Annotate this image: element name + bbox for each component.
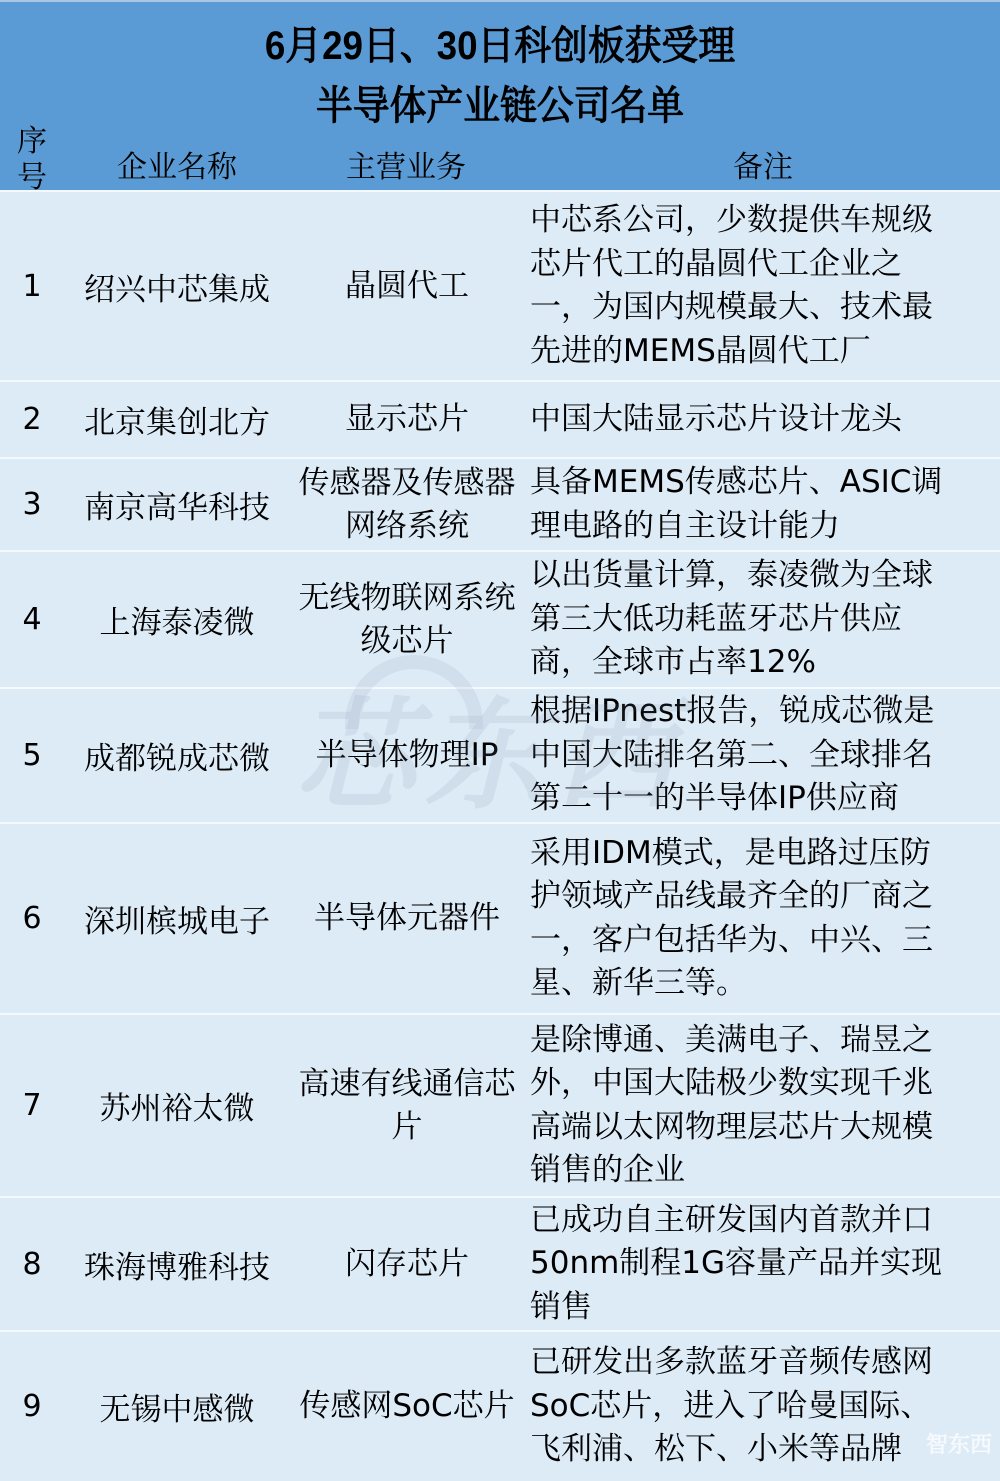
- row-index: 8: [14, 1198, 50, 1330]
- remark: 中国大陆显示芯片设计龙头: [530, 382, 990, 457]
- main-business: 半导体元器件: [298, 824, 516, 1013]
- company-name: 上海泰凌微: [62, 552, 292, 687]
- row-index: 3: [14, 459, 50, 550]
- company-name: 深圳槟城电子: [62, 824, 292, 1013]
- remark-line: 中国大陆排名第二、全球排名: [530, 734, 934, 778]
- main-business: 晶圆代工: [298, 192, 516, 380]
- page-title-line2: 半导体产业链公司名单: [40, 74, 960, 131]
- remark-line: 第三大低功耗蓝牙芯片供应: [530, 598, 933, 642]
- remark-line: 一，为国内规模最大、技术最: [530, 286, 933, 330]
- remark-line: 已研发出多款蓝牙音频传感网: [530, 1341, 933, 1385]
- remark-line: 中芯系公司，少数提供车规级: [530, 199, 933, 243]
- company-name: 苏州裕太微: [62, 1015, 292, 1196]
- company-name: 南京高华科技: [62, 459, 292, 550]
- remark: 具备MEMS传感芯片、ASIC调 理电路的自主设计能力: [530, 459, 990, 550]
- remark-line: 销售: [530, 1286, 942, 1330]
- remark: 采用IDM模式，是电路过压防 护领域产品线最齐全的厂商之 一，客户包括华为、中兴…: [530, 824, 990, 1013]
- company-name: 成都锐成芯微: [62, 689, 292, 822]
- remark-line: 高端以太网物理层芯片大规模: [530, 1106, 933, 1150]
- row-index: 5: [14, 689, 50, 822]
- remark-line: 外，中国大陆极少数实现千兆: [530, 1062, 933, 1106]
- table-row: 4 上海泰凌微 无线物联网系统级芯片 以出货量计算，泰凌微为全球 第三大低功耗蓝…: [0, 550, 1000, 687]
- remark-line: 50nm制程1G容量产品并实现: [530, 1242, 942, 1286]
- main-business: 高速有线通信芯片: [298, 1015, 516, 1196]
- column-header-note: 备注: [526, 142, 1000, 186]
- column-header-name: 企业名称: [62, 142, 292, 186]
- remark: 已研发出多款蓝牙音频传感网 SoC芯片，进入了哈曼国际、 飞利浦、松下、小米等品…: [530, 1332, 990, 1481]
- table-row: 7 苏州裕太微 高速有线通信芯片 是除博通、美满电子、瑞昱之 外，中国大陆极少数…: [0, 1013, 1000, 1196]
- company-name: 绍兴中芯集成: [62, 192, 292, 380]
- remark-line: 采用IDM模式，是电路过压防: [530, 832, 933, 876]
- row-index: 4: [14, 552, 50, 687]
- table-row: 6 深圳槟城电子 半导体元器件 采用IDM模式，是电路过压防 护领域产品线最齐全…: [0, 822, 1000, 1013]
- column-header-index: 序号: [12, 124, 52, 190]
- table-row: 2 北京集创北方 显示芯片 中国大陆显示芯片设计龙头: [0, 380, 1000, 457]
- remark: 已成功自主研发国内首款并口 50nm制程1G容量产品并实现 销售: [530, 1198, 990, 1330]
- main-business: 无线物联网系统级芯片: [298, 552, 516, 687]
- table-row: 1 绍兴中芯集成 晶圆代工 中芯系公司，少数提供车规级 芯片代工的晶圆代工企业之…: [0, 190, 1000, 380]
- row-index: 6: [14, 824, 50, 1013]
- remark-line: 护领域产品线最齐全的厂商之: [530, 875, 933, 919]
- row-index: 1: [14, 192, 50, 380]
- remark-line: 中国大陆显示芯片设计龙头: [530, 398, 902, 442]
- remark-line: 飞利浦、松下、小米等品牌: [530, 1428, 933, 1472]
- remark-line: 根据IPnest报告，锐成芯微是: [530, 690, 934, 734]
- column-header-business: 主营业务: [296, 142, 516, 186]
- remark-line: 先进的MEMS晶圆代工厂: [530, 330, 933, 374]
- main-business: 半导体物理IP: [298, 689, 516, 822]
- remark-line: 已成功自主研发国内首款并口: [530, 1199, 942, 1243]
- main-business: 闪存芯片: [298, 1198, 516, 1330]
- company-name: 无锡中感微: [62, 1332, 292, 1481]
- remark-line: 具备MEMS传感芯片、ASIC调: [530, 461, 942, 505]
- remark-line: 是除博通、美满电子、瑞昱之: [530, 1019, 933, 1063]
- row-index: 9: [14, 1332, 50, 1481]
- remark-line: 一，客户包括华为、中兴、三: [530, 919, 933, 963]
- remark-line: 芯片代工的晶圆代工企业之: [530, 243, 933, 287]
- table-row: 9 无锡中感微 传感网SoC芯片 已研发出多款蓝牙音频传感网 SoC芯片，进入了…: [0, 1330, 1000, 1481]
- remark-line: 商，全球市占率12%: [530, 641, 933, 685]
- table-row: 5 成都锐成芯微 半导体物理IP 根据IPnest报告，锐成芯微是 中国大陆排名…: [0, 687, 1000, 822]
- page-title-line1: 6月29日、30日科创板获受理: [40, 14, 960, 71]
- remark: 是除博通、美满电子、瑞昱之 外，中国大陆极少数实现千兆 高端以太网物理层芯片大规…: [530, 1015, 990, 1196]
- row-index: 7: [14, 1015, 50, 1196]
- remark-line: 销售的企业: [530, 1149, 933, 1193]
- table-header: 6月29日、30日科创板获受理 半导体产业链公司名单 序号 企业名称 主营业务 …: [0, 0, 1000, 190]
- company-name: 珠海博雅科技: [62, 1198, 292, 1330]
- main-business: 传感器及传感器网络系统: [298, 459, 516, 550]
- remark: 中芯系公司，少数提供车规级 芯片代工的晶圆代工企业之 一，为国内规模最大、技术最…: [530, 192, 990, 380]
- remark-line: 理电路的自主设计能力: [530, 505, 942, 549]
- table-row: 3 南京高华科技 传感器及传感器网络系统 具备MEMS传感芯片、ASIC调 理电…: [0, 457, 1000, 550]
- remark-line: SoC芯片，进入了哈曼国际、: [530, 1385, 933, 1429]
- remark: 以出货量计算，泰凌微为全球 第三大低功耗蓝牙芯片供应 商，全球市占率12%: [530, 552, 990, 687]
- remark-line: 星、新华三等。: [530, 962, 933, 1006]
- remark-line: 第二十一的半导体IP供应商: [530, 777, 934, 821]
- main-business: 显示芯片: [298, 382, 516, 457]
- remark: 根据IPnest报告，锐成芯微是 中国大陆排名第二、全球排名 第二十一的半导体I…: [530, 689, 990, 822]
- remark-line: 以出货量计算，泰凌微为全球: [530, 554, 933, 598]
- company-name: 北京集创北方: [62, 382, 292, 457]
- row-index: 2: [14, 382, 50, 457]
- table-row: 8 珠海博雅科技 闪存芯片 已成功自主研发国内首款并口 50nm制程1G容量产品…: [0, 1196, 1000, 1330]
- main-business: 传感网SoC芯片: [298, 1332, 516, 1481]
